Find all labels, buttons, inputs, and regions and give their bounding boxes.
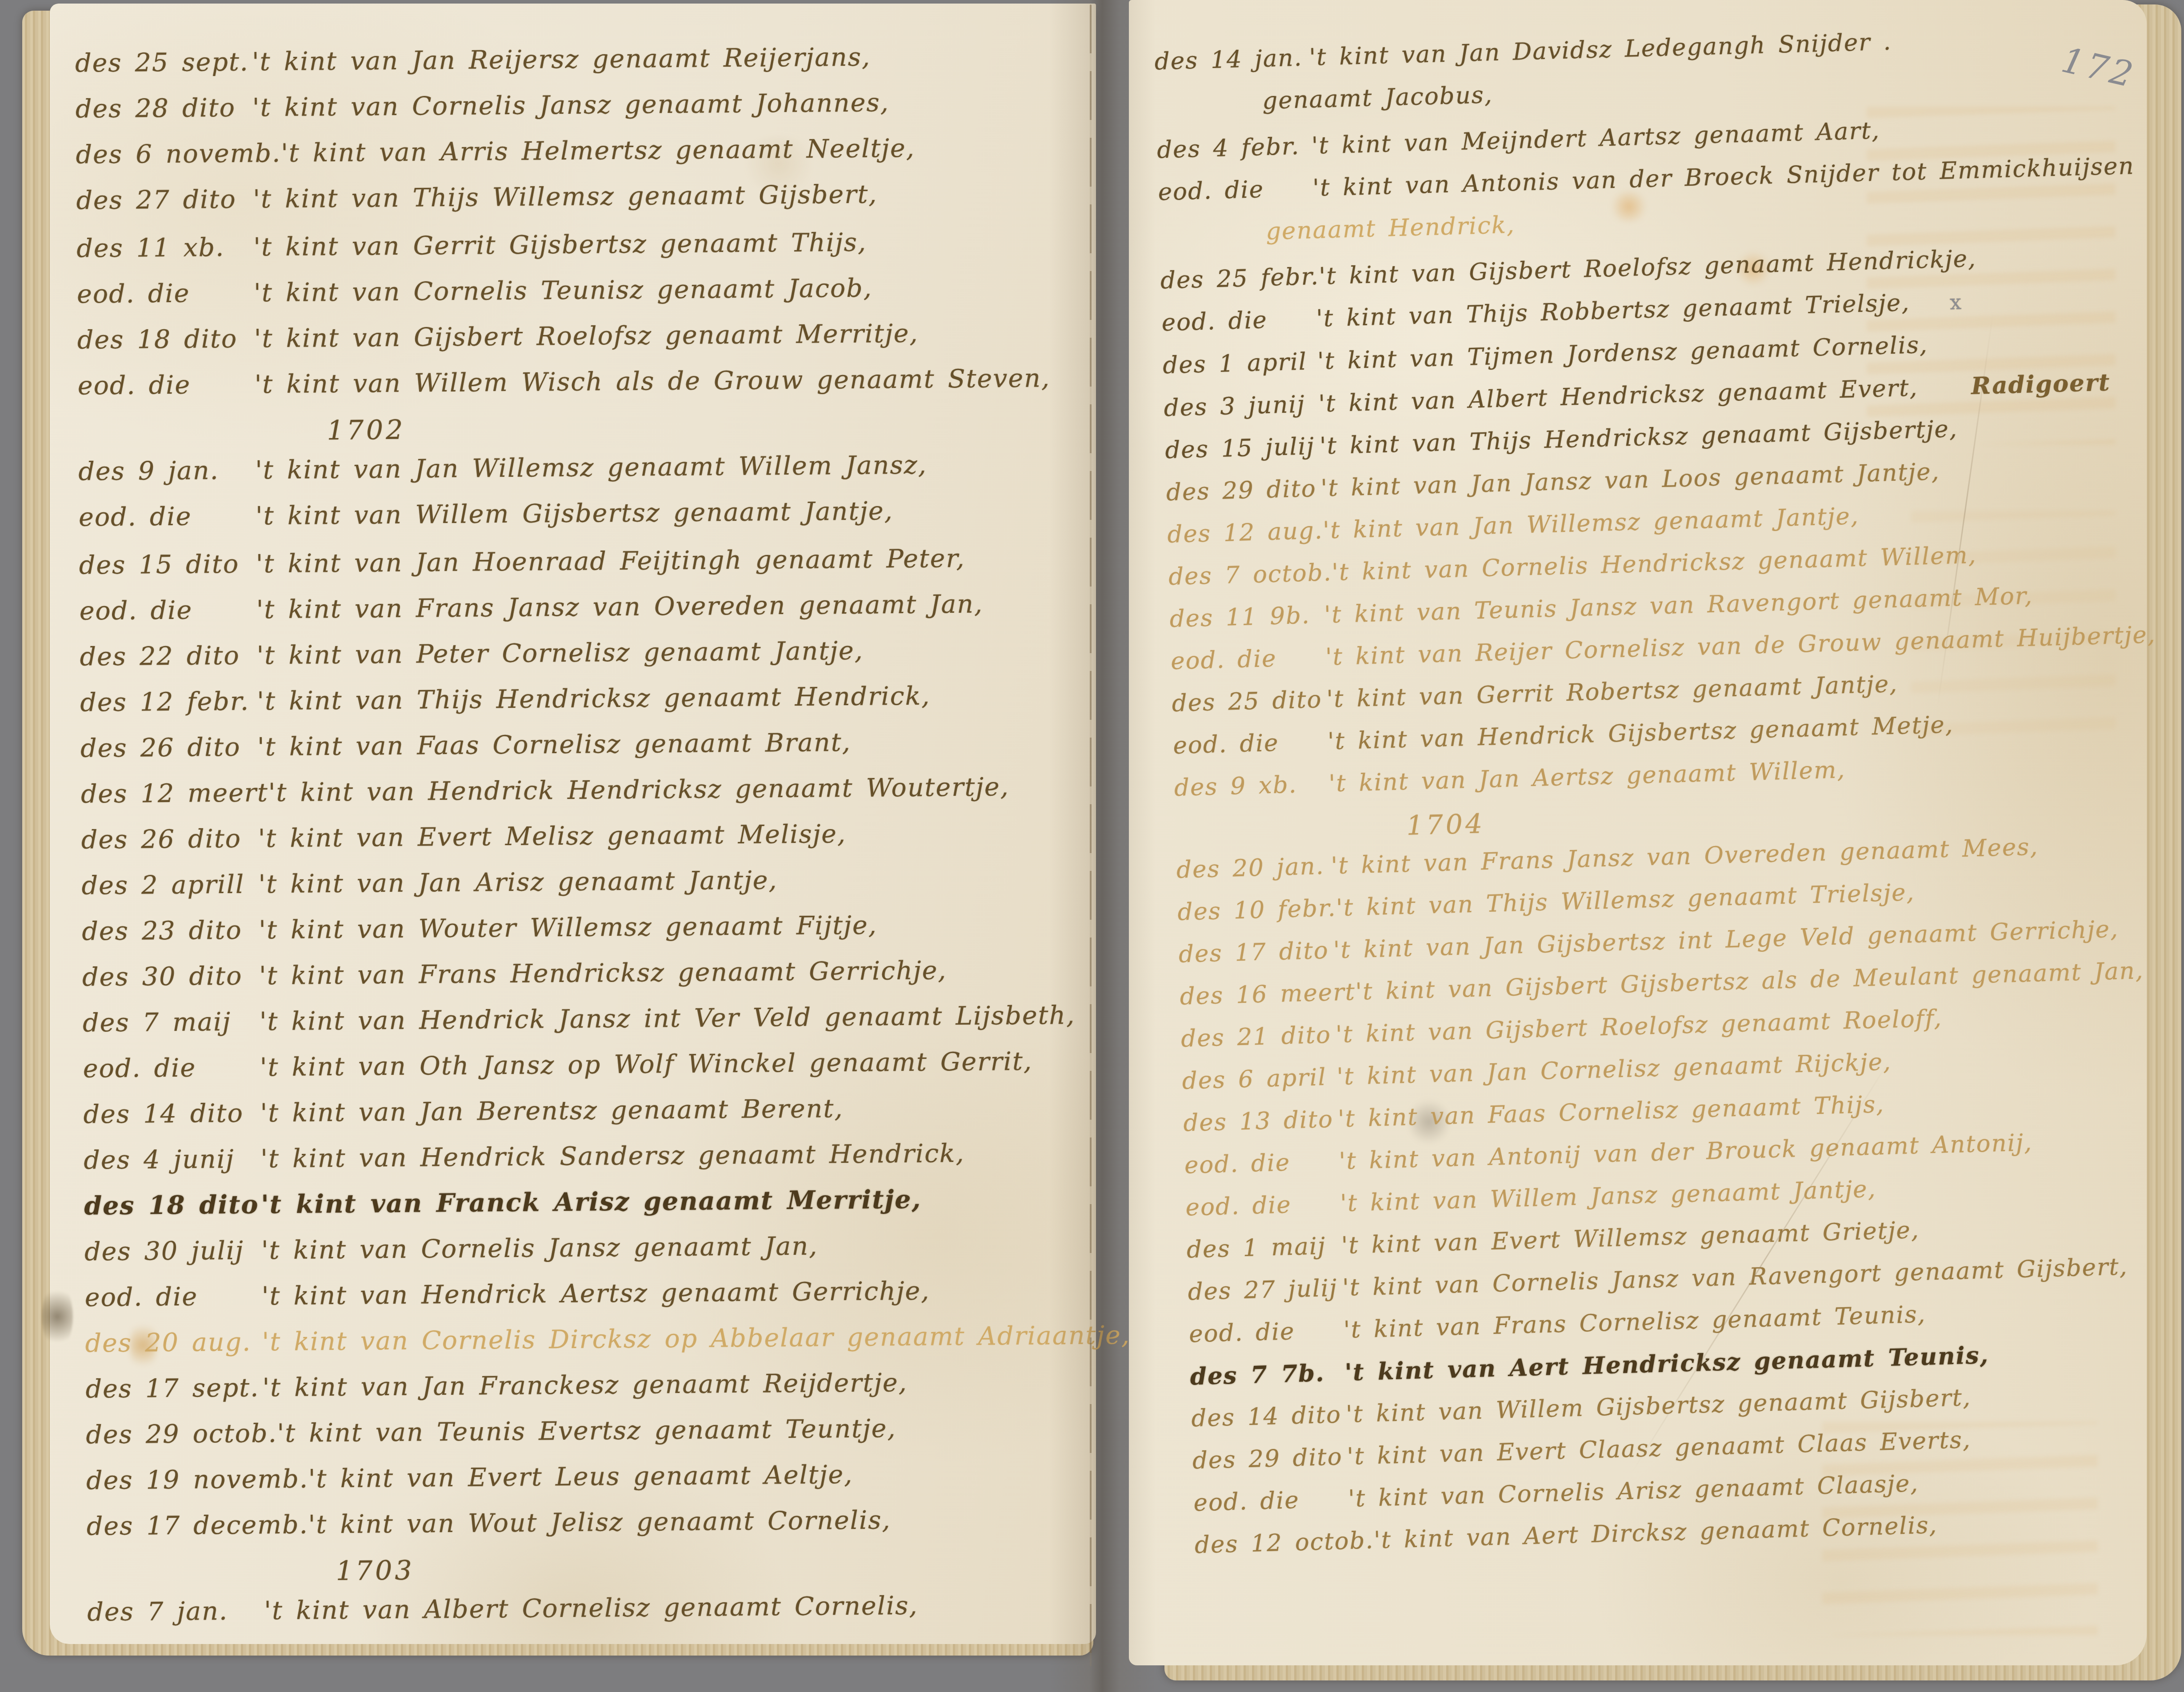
register-entry: des 17 dito't kint van Jan Gijsbertsz in… xyxy=(1178,915,2159,968)
entry-date: des 1 maij xyxy=(1186,1233,1341,1263)
entry-date: eod. die xyxy=(79,596,256,625)
register-entry: des 10 febr.'t kint van Thijs Willemsz g… xyxy=(1177,873,2158,926)
entry-text: 't kint van Gijsbert Roelofsz genaamt Ro… xyxy=(1335,1006,1942,1048)
register-entry: des 26 dito't kint van Evert Melisz gena… xyxy=(81,818,1085,854)
entry-text: 't kint van Thijs Hendricksz genaamt Gij… xyxy=(1320,416,1958,459)
entry-text: 't kint van Gerrit Gijsbertsz genaamt Th… xyxy=(253,229,867,261)
entry-date: des 12 octob. xyxy=(1194,1528,1374,1558)
register-entry: des 18 dito't kint van Gijsbert Roelofsz… xyxy=(77,319,1081,354)
register-entry: des 29 octob.'t kint van Teunis Evertsz … xyxy=(86,1413,1089,1449)
register-entry: des 14 jan.'t kint van Jan Davidsz Ledeg… xyxy=(1154,23,2135,75)
entry-date: des 16 meert xyxy=(1180,979,1356,1010)
entry-date: des 6 novemb. xyxy=(76,140,281,169)
entry-date: des 30 dito xyxy=(82,962,259,991)
binding-seam xyxy=(1090,4,1092,1666)
register-entry: des 19 novemb.'t kint van Evert Leus gen… xyxy=(86,1459,1090,1495)
register-entry: des 12 aug.'t kint van Jan Willemsz gena… xyxy=(1167,495,2148,548)
entry-date: des 29 dito xyxy=(1192,1444,1347,1474)
entry-date: des 22 dito xyxy=(80,642,256,670)
entry-text: 't kint van Faas Cornelisz genaamt Thijs… xyxy=(1338,1092,1885,1132)
entry-text: 't kint van Antonij van der Brouck genaa… xyxy=(1339,1130,2033,1174)
register-entry: des 9 xb.'t kint van Jan Aertsz genaamt … xyxy=(1174,749,2155,801)
entry-text: 't kint van Hendrick Jansz int Ver Veld … xyxy=(260,1002,1076,1035)
entry-date: des 15 dito xyxy=(79,550,256,579)
entry-text: 't kint van Jan Willemsz genaamt Jantje, xyxy=(1323,503,1859,544)
entry-text: 't kint van Faas Cornelisz genaamt Brant… xyxy=(257,729,851,761)
entry-date: eod. die xyxy=(1158,176,1313,205)
entry-date: des 27 dito xyxy=(76,185,253,214)
entry-text: 't kint van Jan Jansz van Loos genaamt J… xyxy=(1320,459,1940,502)
entry-text: 't kint van Oth Jansz op Wolf Winckel ge… xyxy=(260,1048,1033,1081)
register-entry: des 11 9b.'t kint van Teunis Jansz van R… xyxy=(1169,580,2150,632)
register-entry: des 17 sept.'t kint van Jan Franckesz ge… xyxy=(85,1368,1089,1403)
entry-text: 't kint van Tijmen Jordensz genaamt Corn… xyxy=(1317,332,1928,375)
entry-text: 't kint van Jan Franckesz genaamt Reijde… xyxy=(262,1369,908,1401)
entry-text: 't kint van Frans Jansz van Overeden gen… xyxy=(256,591,983,624)
register-entry: des 6 april't kint van Jan Cornelisz gen… xyxy=(1182,1042,2163,1094)
entry-text: 't kint van Hendrick Aertsz genaamt Gerr… xyxy=(262,1277,930,1310)
entry-text: 't kint van Thijs Willemsz genaamt Gijsb… xyxy=(253,180,877,213)
register-entry: des 4 junij't kint van Hendrick Sandersz… xyxy=(84,1139,1087,1174)
register-entry-continuation: genaamt Jacobus, xyxy=(1156,65,2136,117)
entry-date: des 19 novemb. xyxy=(86,1465,308,1495)
entry-date: des 17 decemb. xyxy=(87,1511,308,1540)
entry-date: des 18 dito xyxy=(77,325,254,354)
entry-text: 't kint van Thijs Hendricksz genaamt Hen… xyxy=(257,682,930,715)
register-entry: des 11 xb.'t kint van Gerrit Gijsbertsz … xyxy=(76,227,1080,263)
margin-note: Radigoert xyxy=(1971,370,2111,399)
entry-text: 't kint van Wouter Willemsz genaamt Fijt… xyxy=(259,911,877,944)
entry-date: des 6 april xyxy=(1182,1064,1337,1094)
entry-text: 't kint van Albert Cornelisz genaamt Cor… xyxy=(264,1592,918,1625)
register-entry: des 25 sept.'t kint van Jan Reijersz gen… xyxy=(75,42,1079,77)
register-entry: eod. die't kint van Antonij van der Brou… xyxy=(1184,1126,2165,1179)
register-entry: eod. die't kint van Thijs Robbertsz gena… xyxy=(1161,284,2142,337)
entry-date: eod. die xyxy=(1173,729,1328,759)
register-entry: des 2 aprill't kint van Jan Arisz genaam… xyxy=(81,864,1085,900)
entry-date: des 30 julij xyxy=(84,1237,261,1265)
register-entry-continuation: genaamt Hendrick, xyxy=(1159,196,2140,248)
entry-date: des 7 octob. xyxy=(1168,560,1332,590)
entry-text: 't kint van Willem Wisch als de Grouw ge… xyxy=(255,364,1051,398)
entry-date: des 12 meert xyxy=(81,779,268,808)
register-entry: des 30 julij't kint van Cornelis Jansz g… xyxy=(84,1230,1088,1266)
register-entry: des 21 dito't kint van Gijsbert Roelofsz… xyxy=(1181,1000,2162,1052)
register-entry: eod. die't kint van Cornelis Arisz genaa… xyxy=(1193,1464,2174,1516)
entry-date: des 2 aprill xyxy=(81,870,258,899)
entry-date: des 7 maij xyxy=(83,1008,260,1037)
entry-text: 't kint van Jan Berentsz genaamt Berent, xyxy=(260,1095,843,1127)
register-entry: des 17 decemb.'t kint van Wout Jelisz ge… xyxy=(87,1505,1090,1540)
entry-date: des 4 junij xyxy=(84,1145,260,1174)
entry-text: 't kint van Teunis Jansz van Ravengort g… xyxy=(1324,583,2033,628)
register-entry: des 23 dito't kint van Wouter Willemsz g… xyxy=(82,910,1085,946)
entry-text: 't kint van Jan Reijersz genaamt Reijerj… xyxy=(252,43,871,76)
register-entry: des 6 novemb.'t kint van Arris Helmertsz… xyxy=(76,133,1079,169)
entry-date: des 20 aug. xyxy=(85,1328,262,1357)
entry-text: 't kint van Albert Hendricksz genaamt Ev… xyxy=(1318,375,1918,417)
register-entry: eod. die't kint van Antonis van der Broe… xyxy=(1158,153,2139,206)
register-entry: des 9 jan.'t kint van Jan Willemsz genaa… xyxy=(78,450,1082,486)
register-entry: des 18 dito't kint van Franck Arisz gena… xyxy=(84,1185,1088,1220)
register-entry: des 30 dito't kint van Frans Hendricksz … xyxy=(82,956,1086,991)
entry-text: 't kint van Cornelis Jansz van Ravengort… xyxy=(1342,1254,2128,1301)
entry-text: 't kint van Peter Cornelisz genaamt Jant… xyxy=(256,637,864,670)
entry-text: 't kint van Evert Melisz genaamt Melisje… xyxy=(258,820,847,852)
entry-text: 't kint van Antonis van der Broeck Snijd… xyxy=(1312,153,2135,201)
entry-date: des 27 julij xyxy=(1188,1275,1343,1305)
register-entry: des 26 dito't kint van Faas Cornelisz ge… xyxy=(80,727,1084,762)
entry-date: des 26 dito xyxy=(80,733,257,762)
register-entry: des 12 febr.'t kint van Thijs Hendricksz… xyxy=(80,681,1084,717)
register-entry: des 29 dito't kint van Jan Jansz van Loo… xyxy=(1166,453,2147,506)
entry-date: des 9 jan. xyxy=(78,456,255,485)
entry-text: 't kint van Evert Leus genaamt Aeltje, xyxy=(308,1461,853,1493)
entry-date: eod. die xyxy=(1193,1486,1348,1516)
entry-text: 't kint van Cornelis Jansz genaamt Jan, xyxy=(261,1233,818,1265)
entry-text: 't kint van Frans Hendricksz genaamt Ger… xyxy=(259,957,947,990)
register-entry: des 12 meert't kint van Hendrick Hendric… xyxy=(81,773,1084,808)
entry-text: 't kint van Gijsbert Roelofsz genaamt He… xyxy=(1319,246,1976,290)
register-entry: des 1 maij't kint van Evert Willemsz gen… xyxy=(1186,1211,2167,1263)
entry-text: 't kint van Cornelis Teunisz genaamt Jac… xyxy=(254,274,872,307)
register-entry: eod. die't kint van Willem Jansz genaamt… xyxy=(1185,1169,2166,1221)
entry-date: des 20 jan. xyxy=(1176,853,1331,883)
entry-date: eod. die xyxy=(79,502,256,531)
entry-date: eod. die xyxy=(78,371,255,399)
register-entry: des 3 junij't kint van Albert Hendricksz… xyxy=(1164,369,2144,422)
entry-date: eod. die xyxy=(77,279,254,308)
entry-text: 't kint van Willem Jansz genaamt Jantje, xyxy=(1340,1177,1876,1217)
entry-date: des 14 jan. xyxy=(1154,45,1309,75)
entry-date: des 26 dito xyxy=(81,825,258,854)
entry-date: eod. die xyxy=(1185,1191,1340,1221)
entry-text: 't kint van Hendrick Gijsbertsz genaamt … xyxy=(1328,712,1954,754)
entry-date: des 4 febr. xyxy=(1156,133,1312,163)
register-entry: eod. die't kint van Willem Wisch als de … xyxy=(78,364,1081,400)
left-page-register-entries: des 25 sept.'t kint van Jan Reijersz gen… xyxy=(50,0,1109,1626)
register-entry: des 20 jan.'t kint van Frans Jansz van O… xyxy=(1176,831,2157,883)
register-entry: des 14 dito't kint van Willem Gijsbertsz… xyxy=(1191,1380,2172,1432)
entry-date: des 1 april xyxy=(1163,349,1318,379)
register-entry: des 13 dito't kint van Faas Cornelisz ge… xyxy=(1183,1084,2164,1137)
year-heading: 1704 xyxy=(1406,791,2156,841)
entry-date: des 29 dito xyxy=(1166,476,1321,506)
entry-text: 't kint van Thijs Willemsz genaamt Triel… xyxy=(1336,880,1915,921)
right-page: 172 des 14 jan.'t kint van Jan Davidsz L… xyxy=(1129,0,2147,1665)
register-entry: des 12 octob.'t kint van Aert Dircksz ge… xyxy=(1194,1506,2175,1559)
entry-date: des 25 sept. xyxy=(75,48,252,77)
entry-date: des 25 febr. xyxy=(1160,264,1319,294)
register-entry: des 14 dito't kint van Jan Berentsz gena… xyxy=(83,1093,1087,1129)
entry-date: des 23 dito xyxy=(82,916,259,945)
entry-text: 't kint van Jan Gijsbertsz int Lege Veld… xyxy=(1333,917,2119,964)
entry-text: 't kint van Cornelis Dircksz op Abbelaar… xyxy=(262,1321,1130,1356)
entry-date: des 12 aug. xyxy=(1167,518,1324,548)
entry-text: 't kint van Frans Jansz van Overeden gen… xyxy=(1331,834,2039,879)
year-heading: 1703 xyxy=(336,1551,1090,1586)
register-entry: eod. die't kint van Reijer Cornelisz van… xyxy=(1171,622,2152,674)
left-page: des 25 sept.'t kint van Jan Reijersz gen… xyxy=(50,4,1096,1644)
entry-text: 't kint van Willem Gijsbertsz genaamt Gi… xyxy=(1346,1385,1972,1428)
ink-blot xyxy=(42,1283,73,1350)
register-entry: des 27 julij't kint van Cornelis Jansz v… xyxy=(1188,1253,2168,1305)
entry-date: des 14 dito xyxy=(1191,1402,1346,1432)
entry-text: 't kint van Hendrick Hendricksz genaamt … xyxy=(268,773,1009,806)
register-entry: des 1 april't kint van Tijmen Jordensz g… xyxy=(1163,327,2144,379)
entry-text: 't kint van Cornelis Hendricksz genaamt … xyxy=(1332,543,1977,586)
entry-date: eod. die xyxy=(1184,1149,1339,1178)
entry-text: 't kint van Frans Cornelisz genaamt Teun… xyxy=(1343,1302,1926,1343)
entry-text: 't kint van Jan Willemsz genaamt Willem … xyxy=(255,451,927,484)
register-entry: des 7 maij't kint van Hendrick Jansz int… xyxy=(83,1002,1086,1037)
entry-date: des 17 dito xyxy=(1178,938,1333,967)
register-entry: eod. die't kint van Hendrick Aertsz gena… xyxy=(85,1276,1088,1312)
entry-text: 't kint van Hendrick Sandersz genaamt He… xyxy=(260,1140,965,1173)
entry-text: 't kint van Cornelis Jansz genaamt Johan… xyxy=(252,89,889,121)
register-entry: des 25 dito't kint van Gerrit Robertsz g… xyxy=(1172,664,2152,717)
register-entry: des 4 febr.'t kint van Meijndert Aartsz … xyxy=(1156,111,2137,164)
register-entry: eod. die't kint van Frans Cornelisz gena… xyxy=(1189,1295,2170,1348)
pencil-mark: x xyxy=(1949,289,1963,315)
register-entry: des 16 meert't kint van Gijsbert Gijsber… xyxy=(1180,958,2160,1010)
register-entry: des 27 dito't kint van Thijs Willemsz ge… xyxy=(76,179,1080,215)
entry-date: des 11 xb. xyxy=(76,233,253,262)
register-entry: eod. die't kint van Cornelis Teunisz gen… xyxy=(77,273,1080,308)
entry-text: 't kint van Reijer Cornelisz van de Grou… xyxy=(1325,622,2156,670)
entry-date: eod. die xyxy=(1171,645,1326,674)
register-entry: des 15 julij't kint van Thijs Hendricksz… xyxy=(1165,411,2146,464)
register-entry: des 7 octob.'t kint van Cornelis Hendric… xyxy=(1168,538,2149,590)
register-entry: eod. die't kint van Hendrick Gijsbertsz … xyxy=(1173,706,2154,759)
entry-date: eod. die xyxy=(85,1282,262,1311)
register-entry: eod. die't kint van Willem Gijsbertsz ge… xyxy=(79,496,1082,531)
register-entry: des 29 dito't kint van Evert Claasz gena… xyxy=(1192,1422,2173,1474)
entry-date: des 18 dito xyxy=(84,1191,261,1220)
register-entry: des 20 aug.'t kint van Cornelis Dircksz … xyxy=(85,1322,1088,1357)
entry-text: 't kint van Jan Arisz genaamt Jantje, xyxy=(258,866,777,898)
entry-text: 't kint van Aert Hendricksz genaamt Teun… xyxy=(1344,1342,1989,1385)
entry-text: 't kint van Gijsbert Gijsbertsz als de M… xyxy=(1355,958,2144,1005)
entry-text: 't kint van Teunis Evertsz genaamt Teunt… xyxy=(277,1415,896,1447)
entry-date: des 15 julij xyxy=(1165,434,1320,463)
register-entry: des 22 dito't kint van Peter Cornelisz g… xyxy=(80,635,1083,671)
entry-date: des 28 dito xyxy=(76,94,252,123)
entry-date: des 3 junij xyxy=(1164,391,1319,421)
entry-date: des 17 sept. xyxy=(85,1374,262,1403)
entry-date: des 14 dito xyxy=(83,1099,260,1128)
entry-date: des 10 febr. xyxy=(1177,895,1336,926)
entry-text: 't kint van Gijsbert Roelofsz genaamt Me… xyxy=(254,320,919,353)
entry-date: eod. die xyxy=(83,1054,260,1082)
entry-text: 't kint van Jan Cornelisz genaamt Rijckj… xyxy=(1336,1049,1892,1090)
entry-text: genaamt Hendrick, xyxy=(1265,212,1515,245)
entry-date: des 12 febr. xyxy=(80,687,257,716)
entry-text: 't kint van Cornelis Arisz genaamt Claas… xyxy=(1348,1471,1919,1512)
entry-text: 't kint van Willem Gijsbertsz genaamt Ja… xyxy=(256,497,893,530)
entry-text: genaamt Jacobus, xyxy=(1262,82,1493,114)
entry-date: des 7 7b. xyxy=(1190,1360,1345,1389)
register-entry: des 7 7b.'t kint van Aert Hendricksz gen… xyxy=(1190,1337,2171,1390)
entry-text: 't kint van Jan Hoenraad Feijtingh genaa… xyxy=(256,545,965,578)
register-entry: des 25 febr.'t kint van Gijsbert Roelofs… xyxy=(1160,242,2141,294)
entry-text: 't kint van Aert Dircksz genaamt Corneli… xyxy=(1373,1512,1938,1553)
entry-text: 't kint van Evert Claasz genaamt Claas E… xyxy=(1347,1427,1971,1470)
year-heading: 1702 xyxy=(327,410,1081,445)
entry-date: des 25 dito xyxy=(1172,687,1327,717)
entry-date: des 9 xb. xyxy=(1174,771,1329,801)
entry-text: 't kint van Thijs Robbertsz genaamt Trie… xyxy=(1316,290,1910,332)
entry-date: des 21 dito xyxy=(1181,1022,1336,1052)
entry-text: 't kint van Jan Davidsz Ledegangh Snijde… xyxy=(1309,29,1892,71)
register-entry: eod. die't kint van Oth Jansz op Wolf Wi… xyxy=(83,1047,1087,1083)
entry-text: 't kint van Meijndert Aartsz genaamt Aar… xyxy=(1311,118,1880,159)
entry-text: 't kint van Jan Aertsz genaamt Willem, xyxy=(1328,757,1846,797)
register-entry: des 15 dito't kint van Jan Hoenraad Feij… xyxy=(79,544,1083,579)
entry-date: des 11 9b. xyxy=(1169,603,1324,632)
entry-date: des 29 octob. xyxy=(86,1420,277,1449)
entry-text: 't kint van Evert Willemsz genaamt Griet… xyxy=(1341,1217,1920,1259)
register-entry: eod. die't kint van Frans Jansz van Over… xyxy=(79,590,1083,625)
register-entry: des 28 dito't kint van Cornelis Jansz ge… xyxy=(76,88,1079,123)
entry-text: 't kint van Arris Helmertsz genaamt Neel… xyxy=(281,135,915,167)
entry-date: eod. die xyxy=(1161,306,1316,336)
entry-date: des 13 dito xyxy=(1183,1106,1338,1136)
manuscript-photo: des 25 sept.'t kint van Jan Reijersz gen… xyxy=(0,0,2184,1692)
entry-date: des 7 jan. xyxy=(87,1597,264,1626)
entry-text: 't kint van Franck Arisz genaamt Merritj… xyxy=(261,1186,921,1219)
entry-text: 't kint van Wout Jelisz genaamt Cornelis… xyxy=(308,1506,891,1538)
register-entry: des 7 jan.'t kint van Albert Cornelisz g… xyxy=(87,1591,1091,1626)
entry-text: 't kint van Gerrit Robertsz genaamt Jant… xyxy=(1326,671,1898,713)
entry-date: eod. die xyxy=(1189,1317,1344,1347)
right-page-register-entries: des 14 jan.'t kint van Jan Davidsz Ledeg… xyxy=(1129,0,2184,1559)
